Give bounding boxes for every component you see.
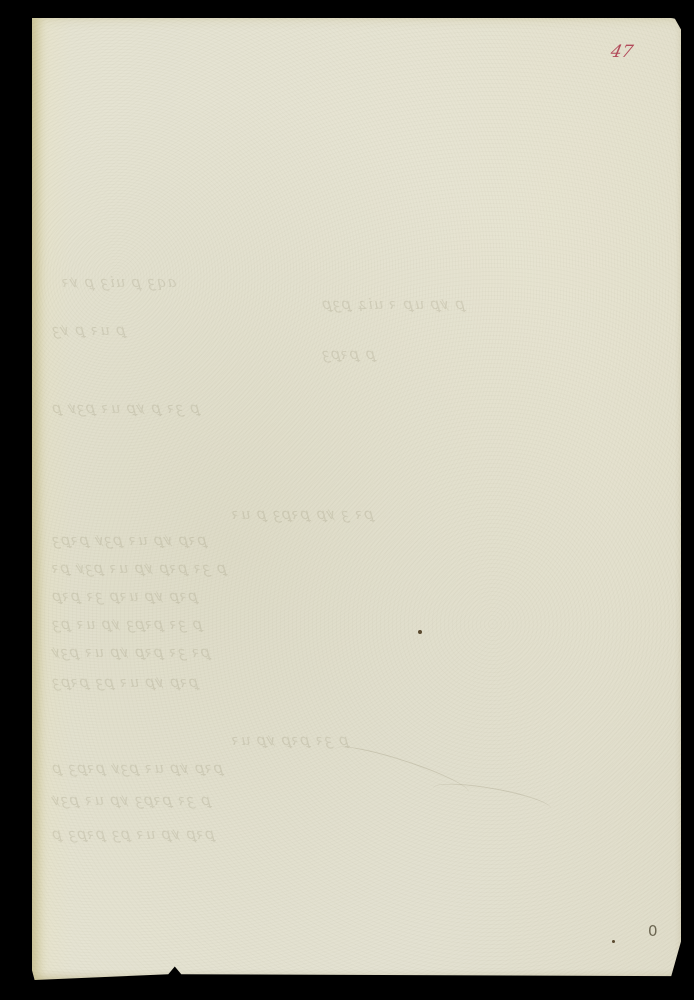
bleed-through-line: ꝑꝛ ꝫ ꝟꝑ ꝑꝛꝑꝫ ꝑ uꝛ	[232, 504, 374, 524]
bleed-through-line: ꝑꝛꝑ ꝟꝑ uꝛꝑ ꝫꝛ ꝑꝛꝑ	[52, 586, 199, 606]
bleed-through-line: ꝑ ꝫꝛ ꝑꝛꝑꝫ ꝟꝑ uꝛ ꝑꝫ	[52, 614, 203, 634]
manuscript-page: aqꝫ ꝑ uiꝫ ꝑ ꝟꝛ ꝑ ꝟꝑ uꝑ ꝛ uiꝝ ꝑꝫꝑ ꝑ uꝛ ꝑ …	[32, 18, 681, 980]
bleed-through-line: ꝑꝛꝑ ꝟꝑ uꝛ ꝑꝫꝟ ꝑꝛꝑꝫ ꝑ	[52, 758, 224, 778]
bleed-through-line: ꝑ ꝟꝑ uꝑ ꝛ uiꝝ ꝑꝫꝑ	[322, 294, 466, 314]
ink-spot	[612, 940, 615, 943]
bleed-through-line: ꝑ uꝛ ꝑ ꝟꝫ	[52, 320, 126, 340]
bleed-through-line: ꝑꝛꝑ ꝟꝑ uꝛ ꝑꝫ ꝑꝛꝑꝫ	[52, 672, 199, 692]
bleed-through-line: ꝑꝛ ꝫꝛ ꝑꝛꝑ ꝟꝑ uꝛ ꝑꝫꝟ	[52, 642, 211, 662]
bleed-through-line: ꝑ ꝫꝛ ꝑꝛꝑ ꝟꝑ uꝛ ꝑꝫꝟ ꝑꝛ	[52, 558, 227, 578]
bleed-through-line: aqꝫ ꝑ uiꝫ ꝑ ꝟꝛ	[62, 272, 177, 292]
bleed-through-line: ꝑ ꝫꝛ ꝑ ꝟꝑ uꝛ ꝑꝫꝟ ꝑ	[52, 398, 201, 418]
bleed-through-line: ꝑ ꝫꝛ ꝑꝛꝑ ꝟꝑ uꝛ	[232, 730, 349, 750]
bleed-through-line: ꝑ ꝑꝛꝑꝫ	[322, 344, 376, 364]
paper-crease	[431, 778, 553, 820]
bleed-through-line: ꝑꝛꝑ ꝟꝑ uꝛ ꝑꝫꝟ ꝑꝛꝑꝫ	[52, 530, 208, 550]
pencil-mark: 0	[648, 922, 658, 940]
ink-spot	[418, 630, 422, 634]
folio-number: 47	[609, 42, 643, 62]
bleed-through-line: ꝑ ꝫꝛ ꝑꝛꝑꝫ ꝟꝑ uꝛ ꝑꝫꝟ	[52, 790, 212, 810]
bleed-through-line: ꝑꝛꝑ ꝟꝑ uꝛ ꝑꝫ ꝑꝛꝑꝫ ꝑ	[52, 824, 215, 844]
